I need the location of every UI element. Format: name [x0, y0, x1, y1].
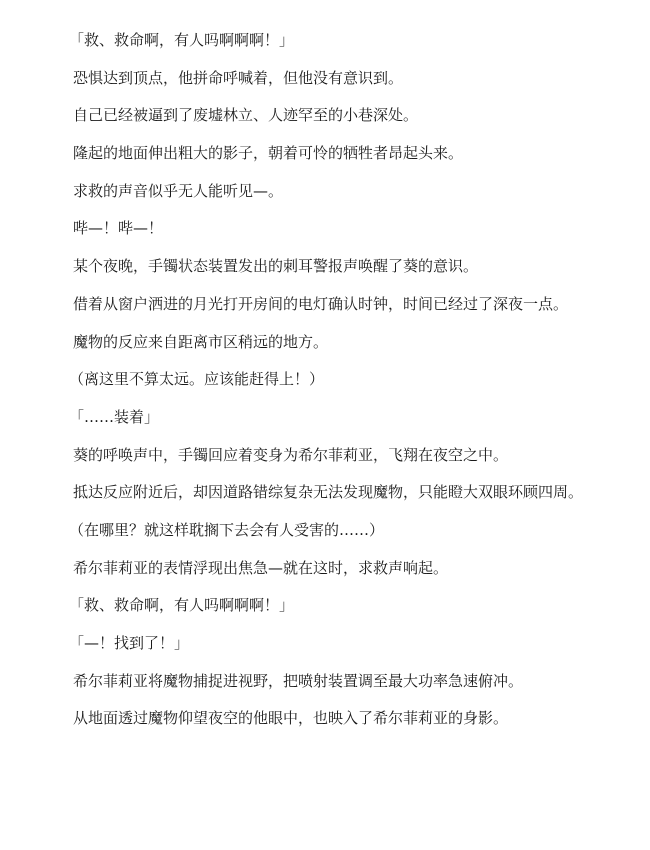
paragraph-dialogue: 「救、救命啊，有人吗啊啊啊！」: [69, 594, 633, 632]
paragraph: 希尔菲莉亚将魔物捕捉进视野，把喷射装置调至最大功率急速俯冲。: [73, 670, 633, 708]
paragraph: 借着从窗户洒进的月光打开房间的电灯确认时钟，时间已经过了深夜一点。: [73, 293, 633, 331]
paragraph: 恐惧达到顶点，他拼命呼喊着，但他没有意识到。: [73, 67, 633, 105]
paragraph: 隆起的地面伸出粗大的影子，朝着可怜的牺牲者昂起头来。: [73, 142, 633, 180]
paragraph: 自己已经被逼到了废墟林立、人迹罕至的小巷深处。: [73, 104, 633, 142]
paragraph: 希尔菲莉亚的表情浮现出焦急—就在这时，求救声响起。: [73, 557, 633, 595]
paragraph-dialogue: 「……装着」: [69, 406, 633, 444]
paragraph-dialogue: 「—！找到了！」: [69, 632, 633, 670]
document-body: 「救、救命啊，有人吗啊啊啊！」 恐惧达到顶点，他拼命呼喊着，但他没有意识到。 自…: [73, 29, 633, 745]
paragraph: 抵达反应附近后，却因道路错综复杂无法发现魔物，只能瞪大双眼环顾四周。: [73, 481, 633, 519]
paragraph: 某个夜晚，手镯状态装置发出的刺耳警报声唤醒了葵的意识。: [73, 255, 633, 293]
paragraph: 从地面透过魔物仰望夜空的他眼中，也映入了希尔菲莉亚的身影。: [73, 707, 633, 745]
paragraph-dialogue: 「救、救命啊，有人吗啊啊啊！」: [69, 29, 633, 67]
paragraph: 葵的呼唤声中，手镯回应着变身为希尔菲莉亚，飞翔在夜空之中。: [73, 444, 633, 482]
paragraph-thought: （离这里不算太远。应该能赶得上！）: [69, 368, 633, 406]
paragraph-sound: 哔—！哔—！: [73, 217, 633, 255]
paragraph: 求救的声音似乎无人能听见—。: [73, 180, 633, 218]
paragraph: 魔物的反应来自距离市区稍远的地方。: [73, 331, 633, 369]
paragraph-thought: （在哪里？就这样耽搁下去会有人受害的……）: [69, 519, 633, 557]
